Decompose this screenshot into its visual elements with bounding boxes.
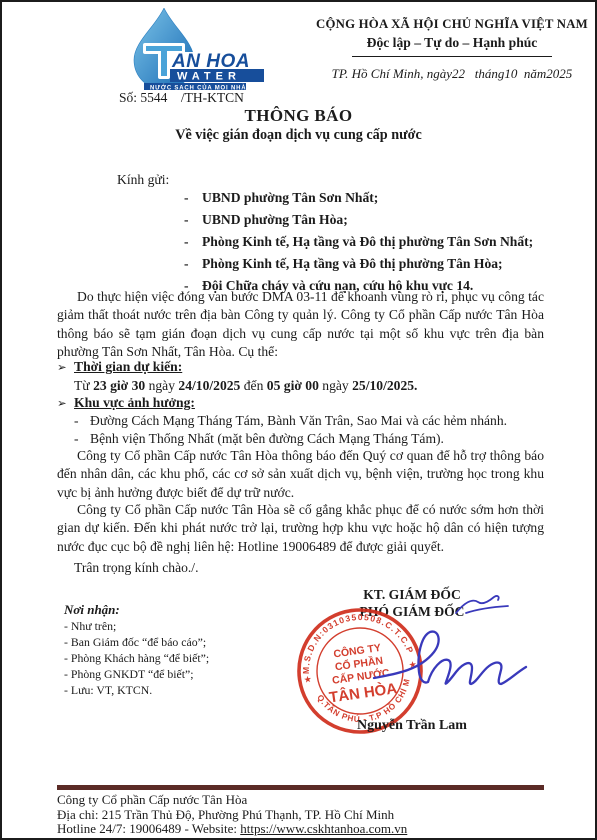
area-text: Bệnh viện Thống Nhất (mặt bên đường Cách… bbox=[90, 431, 444, 447]
time-heading-text: Thời gian dự kiến: bbox=[74, 359, 182, 374]
body-paragraph-2: Công ty Cổ phần Cấp nước Tân Hòa thông b… bbox=[57, 447, 544, 502]
distribution-item: - Như trên; bbox=[64, 618, 209, 634]
date-start: 24/10/2025 bbox=[178, 378, 240, 393]
arrow-bullet-icon: ➢ bbox=[57, 396, 74, 410]
time-start: 23 giờ 30 bbox=[93, 378, 145, 393]
area-item: - Bệnh viện Thống Nhất (mặt bên đường Cá… bbox=[74, 431, 444, 447]
page-footer: Công ty Cổ phần Cấp nước Tân Hòa Địa chỉ… bbox=[57, 785, 544, 837]
arrow-bullet-icon: ➢ bbox=[57, 360, 74, 374]
closing-line: Trân trọng kính chào./. bbox=[74, 560, 198, 576]
recipients-label: Kính gửi: bbox=[117, 172, 169, 188]
document-title-block: THÔNG BÁO Về việc gián đoạn dịch vụ cung… bbox=[2, 106, 595, 144]
dash-bullet: - bbox=[184, 256, 202, 278]
recipient-item: - UBND phường Tân Sơn Nhất; bbox=[184, 190, 533, 212]
distribution-item: - Lưu: VT, KTCN. bbox=[64, 682, 209, 698]
dash-bullet: - bbox=[74, 413, 90, 429]
republic-line: CỘNG HÒA XÃ HỘI CHỦ NGHĨA VIỆT NAM bbox=[312, 17, 592, 32]
area-item: - Đường Cách Mạng Tháng Tám, Bành Văn Tr… bbox=[74, 413, 507, 429]
time-section-heading: ➢Thời gian dự kiến: bbox=[57, 359, 182, 375]
recipients-list: - UBND phường Tân Sơn Nhất; - UBND phườn… bbox=[184, 190, 533, 300]
footer-address: Địa chỉ: 215 Trần Thủ Độ, Phường Phú Thạ… bbox=[57, 808, 544, 823]
company-logo: AN HOA WATER NƯỚC SẠCH CỦA MỌI NHÀ bbox=[114, 8, 266, 90]
footer-hotline: Hotline 24/7: 19006489 - Website: bbox=[57, 821, 240, 836]
time-text: đến bbox=[240, 378, 266, 393]
footer-divider-bar bbox=[57, 785, 544, 790]
area-section-heading: ➢Khu vực ảnh hưởng: bbox=[57, 395, 195, 411]
footer-contact: Hotline 24/7: 19006489 - Website: https:… bbox=[57, 822, 544, 837]
time-text: ngày bbox=[145, 378, 178, 393]
logo-an-hoa-text: AN HOA bbox=[171, 51, 250, 72]
time-text: Từ bbox=[74, 378, 93, 393]
place-date-line: TP. Hồ Chí Minh, ngày22 tháng10 năm2025 bbox=[312, 66, 592, 82]
dash-bullet: - bbox=[184, 190, 202, 212]
recipient-item: - UBND phường Tân Hòa; bbox=[184, 212, 533, 234]
distribution-label: Nơi nhận: bbox=[64, 602, 209, 618]
area-heading-text: Khu vực ảnh hưởng: bbox=[74, 395, 195, 410]
document-title: THÔNG BÁO bbox=[2, 106, 595, 126]
distribution-list: Nơi nhận: - Như trên; - Ban Giám đốc “để… bbox=[64, 602, 209, 698]
recipient-text: Phòng Kinh tế, Hạ tầng và Đô thị phường … bbox=[202, 234, 533, 256]
time-end: 05 giờ 00 bbox=[267, 378, 319, 393]
motto-line: Độc lập – Tự do – Hạnh phúc bbox=[312, 35, 592, 51]
motto-underline bbox=[352, 56, 552, 57]
recipient-text: UBND phường Tân Sơn Nhất; bbox=[202, 190, 378, 212]
footer-company: Công ty Cổ phần Cấp nước Tân Hòa bbox=[57, 793, 544, 808]
recipient-item: - Phòng Kinh tế, Hạ tầng và Đô thị phườn… bbox=[184, 234, 533, 256]
time-text: ngày bbox=[319, 378, 352, 393]
recipient-text: Phòng Kinh tế, Hạ tầng và Đô thị phường … bbox=[202, 256, 503, 278]
handwritten-signature bbox=[368, 614, 533, 714]
recipient-text: UBND phường Tân Hòa; bbox=[202, 212, 348, 234]
body-paragraph-3: Công ty Cổ phần Cấp nước Tân Hòa sẽ cố g… bbox=[57, 501, 544, 556]
dash-bullet: - bbox=[74, 431, 90, 447]
logo-water-text: WATER bbox=[177, 71, 241, 83]
document-number: Số: 5544 /TH-KTCN bbox=[119, 90, 244, 106]
date-end: 25/10/2025. bbox=[352, 378, 417, 393]
distribution-item: - Phòng GNKDT “để biết”; bbox=[64, 666, 209, 682]
footer-website-link[interactable]: https://www.cskhtanhoa.com.vn bbox=[240, 821, 407, 836]
document-subtitle: Về việc gián đoạn dịch vụ cung cấp nước bbox=[2, 127, 595, 144]
signer-name: Nguyễn Trần Lam bbox=[302, 718, 522, 734]
dash-bullet: - bbox=[184, 234, 202, 256]
area-text: Đường Cách Mạng Tháng Tám, Bành Văn Trân… bbox=[90, 413, 507, 429]
distribution-item: - Ban Giám đốc “để báo cáo”; bbox=[64, 634, 209, 650]
dash-bullet: - bbox=[184, 212, 202, 234]
time-detail-line: Từ 23 giờ 30 ngày 24/10/2025 đến 05 giờ … bbox=[74, 378, 417, 394]
distribution-item: - Phòng Khách hàng “để biết”; bbox=[64, 650, 209, 666]
national-header: CỘNG HÒA XÃ HỘI CHỦ NGHĨA VIỆT NAM Độc l… bbox=[312, 17, 592, 82]
document-page: AN HOA WATER NƯỚC SẠCH CỦA MỌI NHÀ Số: 5… bbox=[0, 0, 597, 840]
recipient-item: - Phòng Kinh tế, Hạ tầng và Đô thị phườn… bbox=[184, 256, 533, 278]
stamp-star-left: ★ bbox=[303, 674, 312, 685]
body-paragraph-1: Do thực hiện việc đóng van bước DMA 03-1… bbox=[57, 288, 544, 361]
